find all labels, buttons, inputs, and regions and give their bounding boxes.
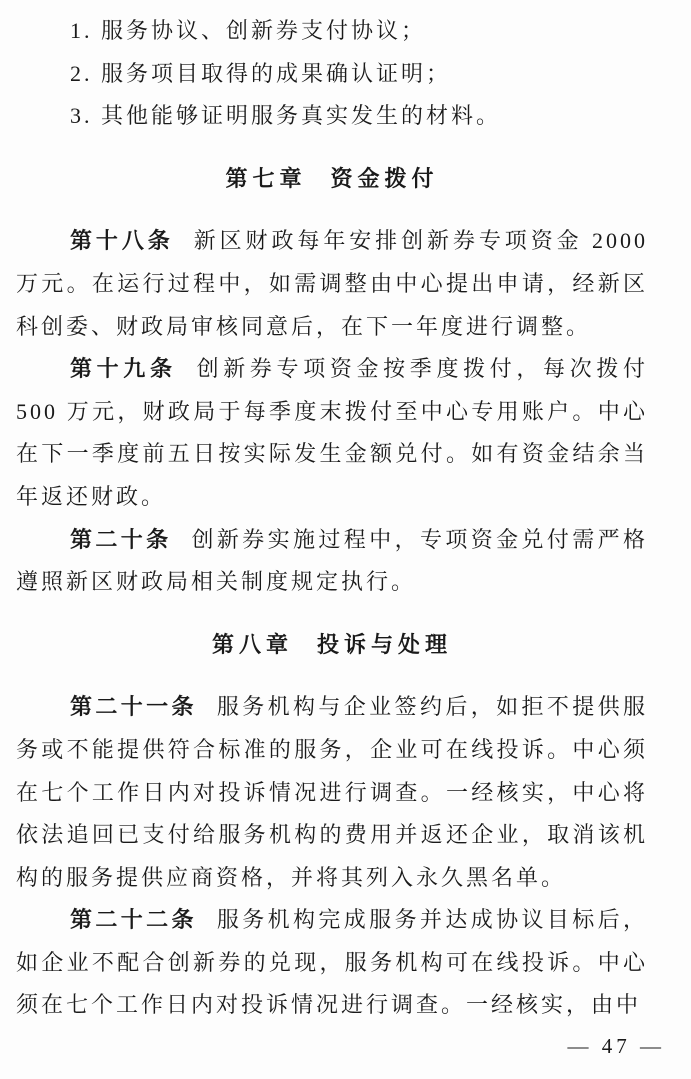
chapter-heading-8: 第八章投诉与处理 xyxy=(16,624,648,667)
article-number: 第十九条 xyxy=(70,356,177,381)
chapter-heading-7: 第七章资金拨付 xyxy=(16,158,648,201)
document-body: 1. 服务协议、创新券支付协议； 2. 服务项目取得的成果确认证明； 3. 其他… xyxy=(16,10,648,1027)
list-item-2: 2. 服务项目取得的成果确认证明； xyxy=(16,53,648,96)
chapter-number: 第八章 xyxy=(212,632,293,657)
document-page: 1. 服务协议、创新券支付协议； 2. 服务项目取得的成果确认证明； 3. 其他… xyxy=(0,0,691,1079)
chapter-title: 资金拨付 xyxy=(331,166,439,191)
article-number: 第二十二条 xyxy=(70,907,197,932)
article-text: 服务机构与企业签约后，如拒不提供服务或不能提供符合标准的服务，企业可在线投诉。中… xyxy=(16,694,648,889)
article-21-paragraph: 第二十一条服务机构与企业签约后，如拒不提供服务或不能提供符合标准的服务，企业可在… xyxy=(16,686,648,899)
list-item-1: 1. 服务协议、创新券支付协议； xyxy=(16,10,648,53)
article-number: 第二十一条 xyxy=(70,694,197,719)
page-number: — 47 — xyxy=(568,1034,666,1059)
article-number: 第十八条 xyxy=(70,228,174,253)
chapter-title: 投诉与处理 xyxy=(317,632,452,657)
article-22-paragraph: 第二十二条服务机构完成服务并达成协议目标后，如企业不配合创新券的兑现，服务机构可… xyxy=(16,899,648,1027)
list-item-3: 3. 其他能够证明服务真实发生的材料。 xyxy=(16,95,648,138)
article-number: 第二十条 xyxy=(70,527,172,552)
article-18-paragraph: 第十八条新区财政每年安排创新券专项资金 2000 万元。在运行过程中，如需调整由… xyxy=(16,220,648,348)
chapter-number: 第七章 xyxy=(225,166,306,191)
article-19-paragraph: 第十九条创新券专项资金按季度拨付，每次拨付 500 万元，财政局于每季度末拨付至… xyxy=(16,348,648,518)
article-20-paragraph: 第二十条创新券实施过程中，专项资金兑付需严格遵照新区财政局相关制度规定执行。 xyxy=(16,519,648,604)
